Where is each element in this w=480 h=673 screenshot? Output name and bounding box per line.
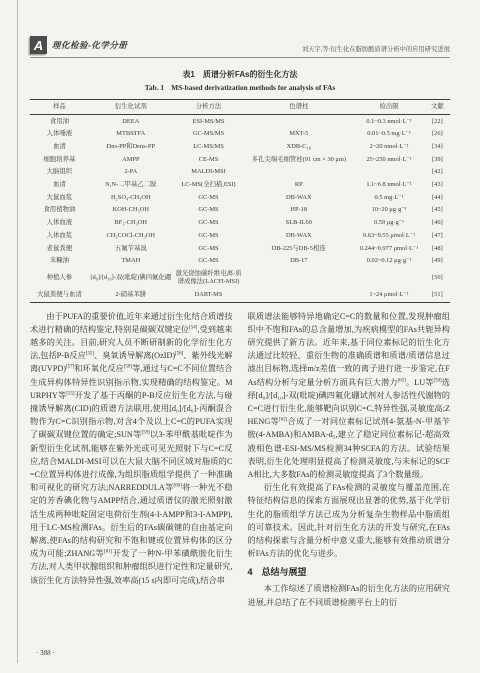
table-cell [244,166,353,179]
page-header: A 理化检验-化学分册 刘天宇,等:衍生化在脂肪酸质谱分析中的应用研究进展 [30,36,450,58]
table-cell: 2~20 nmol·L⁻¹ [353,141,424,154]
table-row: 人体唾液MTBSTFAGC-MS/MSMXT-50.01~0.5 mg·L⁻¹[… [30,128,450,141]
table-cell: HP-18 [244,204,353,217]
table-header-row: 样品 衍生化试剂 分析方法 色谱柱 检出限 文献 [30,100,450,115]
table-cell: DB-WAX [244,230,353,243]
table-cell: 0.1~0.3 nmol·L⁻¹ [353,115,424,128]
table-cell: 米糠油 [30,255,89,268]
column-header-reference: 文献 [425,100,450,115]
table-cell: [49] [425,255,450,268]
table-body: 食用油DEEAESI-MS/MS0.1~0.3 nmol·L⁻¹[22]人体唾液… [30,115,450,302]
table-row: 人体血液BF₃-CH₃OHGC-MSSLB-IL600.59 μg·g⁻¹[46… [30,217,450,230]
table-cell: [47] [425,230,450,243]
body-columns: 由于PUFA的重要价值,近年来通过衍生化结合质谱技术进行精确的结构鉴定,特别是碳… [30,310,450,609]
table-cell: N,N-二甲基乙二胺 [89,179,173,192]
ref-superscript: [63] [398,378,406,383]
journal-title: 理化检验-化学分册 [52,39,127,51]
table-title-zh: 表1 质谱分析FAs的衍生化方法 [30,69,450,80]
table-row: 食用油DEEAESI-MS/MS0.1~0.3 nmol·L⁻¹[22] [30,115,450,128]
ref-superscript: [54] [189,325,197,330]
table-cell: 细胞培养基 [30,153,89,166]
table-cell: 种植人参 [30,268,89,289]
table-cell [244,289,353,302]
table-cell [353,166,424,179]
paragraph: 由于PUFA的重要价值,近年来通过衍生化结合质谱技术进行精确的结构鉴定,特别是碳… [30,310,233,587]
table-cell: 五氟苄基溴 [89,242,173,255]
column-header-method: 分析方法 [173,100,244,115]
table-cell: MALDI-MSI [173,166,244,179]
table-cell: [34] [425,141,450,154]
ref-superscript: [57] [66,365,74,370]
table-cell: GC-MS [173,192,244,205]
table-cell: 1~24 μmol·L⁻¹ [353,289,424,302]
ref-superscript: [58] [124,365,132,370]
table-cell: MTBSTFA [89,128,173,141]
paragraph: 本工作综述了质谱检测FAs的衍生化方法的应用研究进展,并总结了在不同质谱检测平台… [248,582,451,608]
table-cell: 人体血液 [30,217,89,230]
table-cell: DB-225与DB-5相连 [244,242,353,255]
table-row: 血清Dns-PP和Dens-PPLC-MS/MSXDB-C₁₈2~20 nmol… [30,141,450,154]
table-cell: DB-17 [244,255,353,268]
running-head: 刘天宇,等:衍生化在脂肪酸质谱分析中的应用研究进展 [302,44,450,54]
table-cell: GC-MS [173,242,244,255]
ref-superscript: [55] [66,391,74,396]
scan-edge-line [17,0,18,663]
table-cell: [39] [425,153,450,166]
table-row: 大脑组织2-PAMALDI-MSI[42] [30,166,450,179]
table-cell: 大脑组织 [30,166,89,179]
column-header-column: 色谱柱 [244,100,353,115]
table-cell: 食用植物油 [30,204,89,217]
section-heading: 4 总结与展望 [248,565,451,578]
journal-logo-icon: A [30,36,47,54]
table-cell [244,115,353,128]
table-cell: DEEA [89,115,173,128]
ref-superscript: [60] [174,483,182,488]
table-cell: [22] [425,115,450,128]
table-cell: AMPP [89,153,173,166]
ref-superscript: [56] [175,351,183,356]
page-content: A 理化检验-化学分册 刘天宇,等:衍生化在脂肪酸质谱分析中的应用研究进展 表1… [30,36,450,609]
table-cell: CE-MS [173,153,244,166]
paragraph: 联质谱法能够特异地确定C=C的数量和位置,发现肿瘤组织中不饱和FAs的总含量增加… [248,310,451,482]
table-cell: 0.5 mg·L⁻¹ [353,192,424,205]
journal-page: { "header": { "logo_letter": "A", "journ… [0,0,480,673]
table-row: 细胞培养基AMPPCE-MS多孔尖端毛细管柱(91 cm × 30 μm)25~… [30,153,450,166]
table-cell: TMAH [89,255,173,268]
table-cell: DB-WAX [244,192,353,205]
table-cell: 0.244~0.977 μmol·L⁻¹ [353,242,424,255]
table-cell: [51] [425,289,450,302]
table-cell: 血清 [30,141,89,154]
table-row: 米糠油TMAHGC-MSDB-170.02~0.12 μg·g⁻¹[49] [30,255,450,268]
table-cell: [d₀]/[d₁₀]-双(吡啶)碘四氟化硼 [89,268,173,289]
table-row: 食用植物油KOH-CH₃OHGC-MSHP-1810~20 μg·g⁻¹[45] [30,204,450,217]
table-cell: [50] [425,268,450,289]
table-cell: Dns-PP和Dens-PP [89,141,173,154]
paragraph: 衍生化有效提高了FAs检测的灵敏度与覆盖范围,在特征结构信息的探索方面展现出显著… [248,481,451,560]
table-cell: 多孔尖端毛细管柱(91 cm × 30 μm) [244,153,353,166]
table-cell: 0.02~0.12 μg·g⁻¹ [353,255,424,268]
table-cell: [43] [425,179,450,192]
ref-superscript: [59] [142,431,150,436]
table-cell: [44] [425,192,450,205]
ref-superscript: [61] [104,549,112,554]
table-cell: 血清 [30,179,89,192]
table-cell: 人体血浆 [30,230,89,243]
table-cell: 2-硝基苯肼 [89,289,173,302]
table-cell: DART-MS [173,289,244,302]
table-cell: LC-MS/MS [173,141,244,154]
table-cell: [42] [425,166,450,179]
journal-branding: A 理化检验-化学分册 [30,36,127,54]
column-header-lod: 检出限 [353,100,424,115]
page-number: · 388 · [36,649,55,657]
table-cell: BF₃-CH₃OH [89,217,173,230]
table-cell: SLB-IL60 [244,217,353,230]
table-row: 大鼠粪便与血清2-硝基苯肼DART-MS1~24 μmol·L⁻¹[51] [30,289,450,302]
table-cell: 0.59 μg·g⁻¹ [353,217,424,230]
table-cell [353,268,424,289]
table-cell: XDB-C₁₈ [244,141,353,154]
table-cell: H₂SO₄-CH₃OH [89,192,173,205]
column-header-reagent: 衍生化试剂 [89,100,173,115]
table-cell: 老鼠粪便 [30,242,89,255]
table-cell: GC-MS [173,217,244,230]
table-cell: [46] [425,217,450,230]
derivatization-methods-table: 样品 衍生化试剂 分析方法 色谱柱 检出限 文献 食用油DEEAESI-MS/M… [30,99,450,303]
table-cell: RP [244,179,353,192]
table-cell: CH₃COCl-CH₃OH [89,230,173,243]
table-row: 人体血浆CH₃COCl-CH₃OHGC-MSDB-WAX0.63~9.55 μm… [30,230,450,243]
table-cell [244,268,353,289]
table-cell: 大鼠粪便与血清 [30,289,89,302]
left-column: 由于PUFA的重要价值,近年来通过衍生化结合质谱技术进行精确的结构鉴定,特别是碳… [30,310,233,609]
table-cell: [48] [425,242,450,255]
table-cell: 2-PA [89,166,173,179]
table-row: 血清N,N-二甲基乙二胺LC-MS(全扫描,ESI)RP1.1~6.8 nmol… [30,179,450,192]
table-cell: MXT-5 [244,128,353,141]
table-cell: 激光烧蚀碳纤维电离-质谱成像法(LACFI-MSI) [173,268,244,289]
column-header-sample: 样品 [30,100,89,115]
table-row: 老鼠粪便五氟苄基溴GC-MSDB-225与DB-5相连0.244~0.977 μ… [30,242,450,255]
table-cell: 25~250 nmol·L⁻¹ [353,153,424,166]
table-row: 种植人参[d₀]/[d₁₀]-双(吡啶)碘四氟化硼激光烧蚀碳纤维电离-质谱成像法… [30,268,450,289]
right-column: 联质谱法能够特异地确定C=C的数量和位置,发现肿瘤组织中不饱和FAs的总含量增加… [248,310,451,609]
table-cell: LC-MS(全扫描,ESI) [173,179,244,192]
table-cell: 1.1~6.8 nmol·L⁻¹ [353,179,424,192]
table-cell: GC-MS [173,255,244,268]
ref-superscript: [55] [86,351,94,356]
table-cell: 0.63~9.55 μmol·L⁻¹ [353,230,424,243]
ref-superscript: [50] [434,378,442,383]
table-row: 大鼠血浆H₂SO₄-CH₃OHGC-MSDB-WAX0.5 mg·L⁻¹[44] [30,192,450,205]
table-cell: 大鼠血浆 [30,192,89,205]
table-title-en: Tab. 1 MS-based derivatization methods f… [30,83,450,93]
table-cell: KOH-CH₃OH [89,204,173,217]
table-cell: [26] [425,128,450,141]
table-cell: 人体唾液 [30,128,89,141]
table-cell: GC-MS [173,230,244,243]
table-cell: 10~20 μg·g⁻¹ [353,204,424,217]
table-cell: GC-MS/MS [173,128,244,141]
table-cell: 食用油 [30,115,89,128]
table-cell: GC-MS [173,204,244,217]
ref-superscript: [62] [279,417,287,422]
table-cell: ESI-MS/MS [173,115,244,128]
table-cell: 0.01~0.5 mg·L⁻¹ [353,128,424,141]
table-cell: [45] [425,204,450,217]
